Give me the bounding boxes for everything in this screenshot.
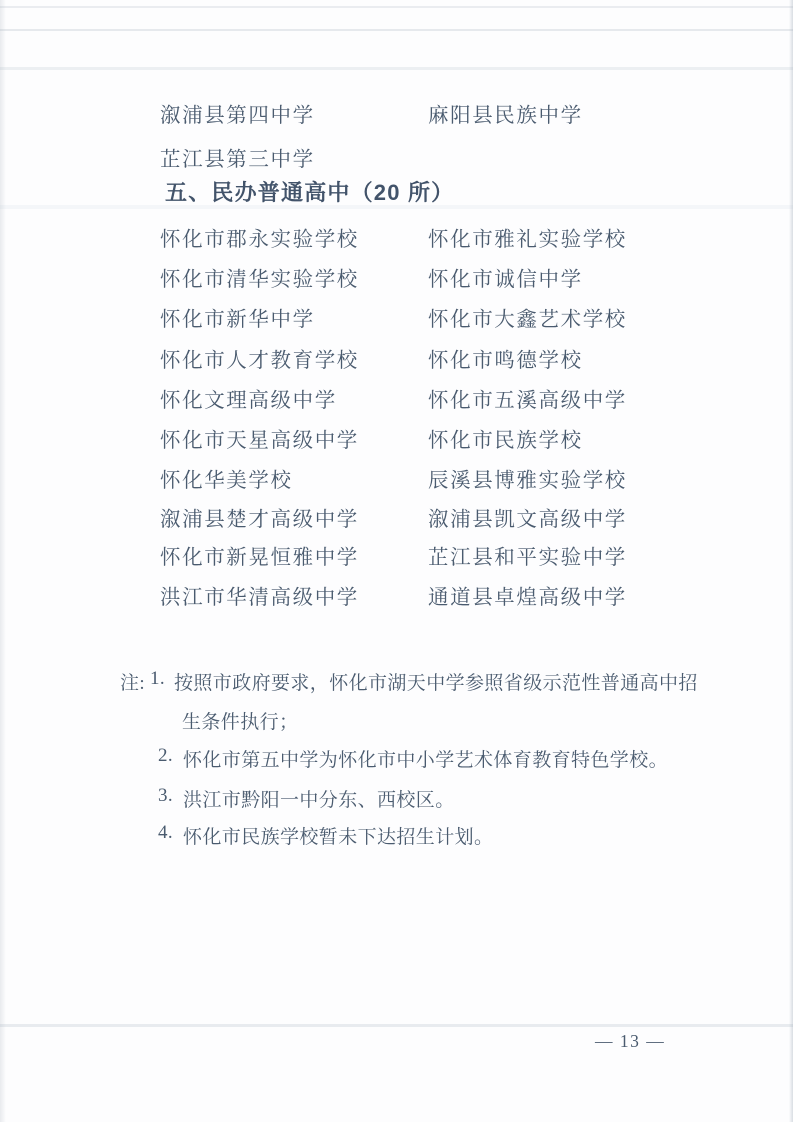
school-name: 怀化市新华中学 — [160, 302, 315, 332]
school-row: 怀化市人才教育学校 怀化市鸣德学校 — [0, 343, 793, 371]
school-name: 怀化市大鑫艺术学校 — [428, 302, 627, 332]
school-name: 怀化市清华实验学校 — [160, 262, 359, 292]
scan-artifact-line — [0, 29, 793, 31]
school-name: 怀化华美学校 — [160, 463, 293, 493]
school-row: 怀化文理高级中学 怀化市五溪高级中学 — [0, 383, 793, 411]
school-name: 怀化市人才教育学校 — [160, 343, 359, 373]
school-name: 通道县卓煌高级中学 — [428, 580, 627, 610]
note-text: 怀化市第五中学为怀化市中小学艺术体育教育特色学校。 — [183, 745, 668, 772]
note-number: 4. — [158, 822, 173, 844]
school-row: 怀化市郡永实验学校 怀化市雅礼实验学校 — [0, 222, 793, 250]
school-name: 怀化市鸣德学校 — [428, 343, 583, 373]
school-name: 溆浦县楚才高级中学 — [160, 502, 359, 532]
note-text: 按照市政府要求，怀化市湖天中学参照省级示范性普通高中招 — [174, 668, 698, 695]
school-name: 溆浦县凯文高级中学 — [428, 502, 627, 532]
school-name: 怀化市天星高级中学 — [160, 423, 359, 453]
school-name: 芷江县第三中学 — [160, 142, 315, 172]
section-heading: 五、民办普通高中（20 所） — [165, 176, 454, 207]
school-row: 怀化市新华中学 怀化市大鑫艺术学校 — [0, 302, 793, 330]
school-name: 辰溪县博雅实验学校 — [428, 463, 627, 493]
document-page: 溆浦县第四中学 麻阳县民族中学 芷江县第三中学 五、民办普通高中（20 所） 怀… — [0, 0, 793, 1122]
school-row: 洪江市华清高级中学 通道县卓煌高级中学 — [0, 580, 793, 608]
school-row: 溆浦县楚才高级中学 溆浦县凯文高级中学 — [0, 502, 793, 530]
school-name: 溆浦县第四中学 — [160, 98, 315, 128]
school-name: 怀化市诚信中学 — [428, 262, 583, 292]
note-text: 洪江市黔阳一中分东、西校区。 — [183, 785, 455, 812]
school-row: 怀化市天星高级中学 怀化市民族学校 — [0, 423, 793, 451]
school-name: 怀化市新晃恒雅中学 — [160, 540, 359, 570]
school-name: 怀化市民族学校 — [428, 423, 583, 453]
school-row: 怀化华美学校 辰溪县博雅实验学校 — [0, 463, 793, 491]
school-name: 麻阳县民族中学 — [428, 98, 583, 128]
page-number: — 13 — — [595, 1031, 665, 1052]
school-name: 怀化市雅礼实验学校 — [428, 222, 627, 252]
note-number: 2. — [158, 745, 173, 767]
school-name: 怀化文理高级中学 — [160, 383, 337, 413]
school-name: 怀化市五溪高级中学 — [428, 383, 627, 413]
school-row: 芷江县第三中学 — [0, 142, 793, 170]
school-name: 洪江市华清高级中学 — [160, 580, 359, 610]
scan-artifact-line — [0, 6, 793, 8]
school-row: 溆浦县第四中学 麻阳县民族中学 — [0, 98, 793, 126]
notes-label: 注: — [120, 668, 145, 695]
school-name: 怀化市郡永实验学校 — [160, 222, 359, 252]
note-number: 1. — [150, 668, 165, 690]
note-number: 3. — [158, 785, 173, 807]
scan-artifact-line — [0, 67, 793, 70]
school-row: 怀化市清华实验学校 怀化市诚信中学 — [0, 262, 793, 290]
scan-artifact-line — [0, 1024, 793, 1027]
school-name: 芷江县和平实验中学 — [428, 540, 627, 570]
school-row: 怀化市新晃恒雅中学 芷江县和平实验中学 — [0, 540, 793, 568]
note-text: 生条件执行； — [182, 707, 298, 734]
note-text: 怀化市民族学校暂未下达招生计划。 — [183, 822, 493, 849]
